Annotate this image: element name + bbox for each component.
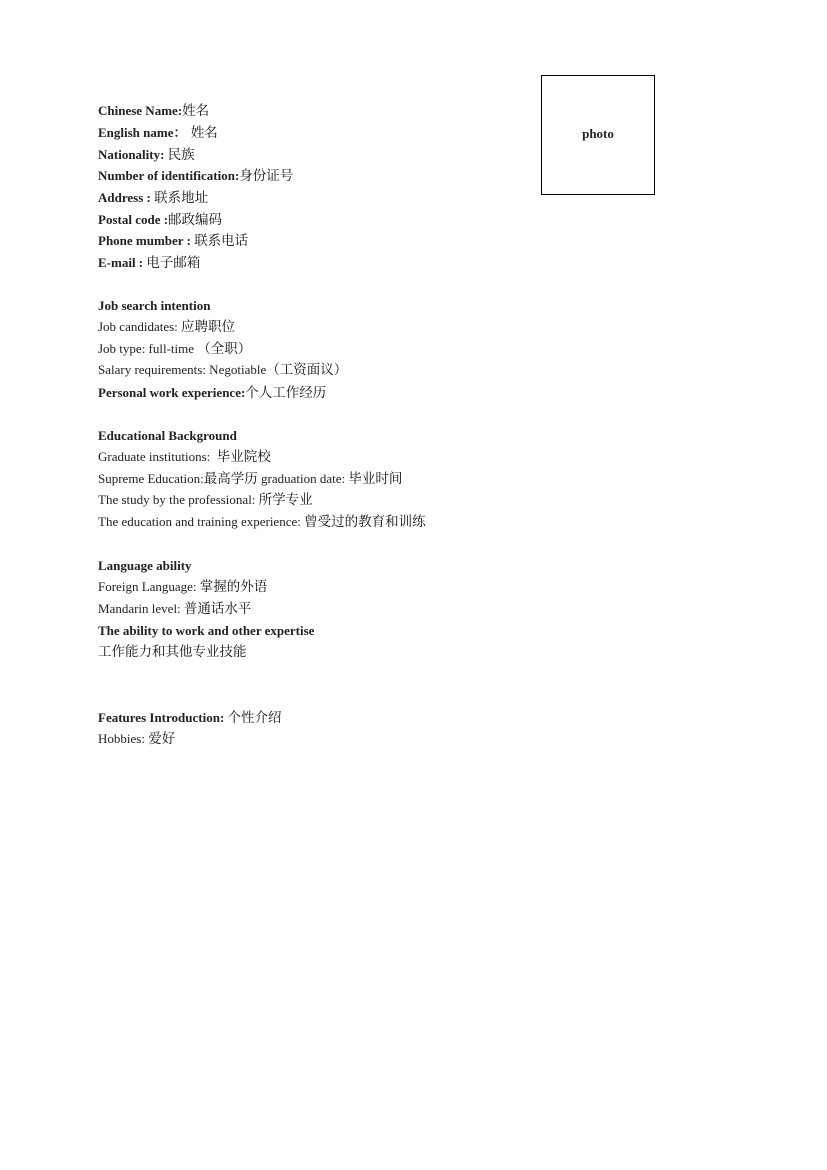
ability-heading-line: The ability to work and other expertise xyxy=(98,623,314,639)
chinese-name-value: 姓名 xyxy=(182,103,209,119)
resume-page: photo Chinese Name:姓名 English name： 姓名 N… xyxy=(0,0,827,1170)
job-type-line: Job type: full-time （全职） xyxy=(98,341,251,357)
hobbies-label: Hobbies: xyxy=(98,731,148,746)
job-heading-line: Job search intention xyxy=(98,298,210,314)
supreme-education-label: Supreme Education: xyxy=(98,471,204,486)
job-type-label: Job type: full-time xyxy=(98,341,197,356)
experience-label: Personal work experience: xyxy=(98,385,245,400)
features-value: 个性介绍 xyxy=(228,710,282,726)
phone-label: Phone mumber : xyxy=(98,233,194,248)
mandarin-line: Mandarin level: 普通话水平 xyxy=(98,601,251,617)
features-line: Features Introduction: 个性介绍 xyxy=(98,710,282,726)
english-name-label: English name： xyxy=(98,125,187,140)
nationality-line: Nationality: 民族 xyxy=(98,147,195,163)
job-candidates-line: Job candidates: 应聘职位 xyxy=(98,319,235,335)
job-candidates-value: 应聘职位 xyxy=(181,319,235,335)
id-number-label: Number of identification: xyxy=(98,168,239,183)
ability-line: 工作能力和其他专业技能 xyxy=(98,644,247,660)
graduation-date-value: 毕业时间 xyxy=(348,471,402,487)
mandarin-label: Mandarin level: xyxy=(98,601,184,616)
nationality-value: 民族 xyxy=(168,147,195,163)
training-value: 曾受过的教育和训练 xyxy=(304,514,426,530)
photo-label: photo xyxy=(582,126,614,142)
foreign-language-line: Foreign Language: 掌握的外语 xyxy=(98,579,267,595)
institutions-label: Graduate institutions: xyxy=(98,449,217,464)
experience-line: Personal work experience:个人工作经历 xyxy=(98,385,326,401)
hobbies-value: 爱好 xyxy=(148,731,175,747)
supreme-education-line: Supreme Education:最高学历 graduation date: … xyxy=(98,471,402,487)
education-heading-line: Educational Background xyxy=(98,428,237,444)
training-line: The education and training experience: 曾… xyxy=(98,514,426,530)
postal-code-value: 邮政编码 xyxy=(168,212,222,228)
supreme-education-value: 最高学历 xyxy=(204,471,258,487)
features-label: Features Introduction: xyxy=(98,710,228,725)
job-candidates-label: Job candidates: xyxy=(98,319,181,334)
address-label: Address : xyxy=(98,190,154,205)
address-line: Address : 联系地址 xyxy=(98,190,208,206)
postal-code-label: Postal code : xyxy=(98,212,168,227)
major-line: The study by the professional: 所学专业 xyxy=(98,492,313,508)
language-heading-line: Language ability xyxy=(98,558,192,574)
education-heading: Educational Background xyxy=(98,428,237,443)
major-label: The study by the professional: xyxy=(98,492,259,507)
major-value: 所学专业 xyxy=(259,492,313,508)
ability-value: 工作能力和其他专业技能 xyxy=(98,644,247,660)
foreign-language-label: Foreign Language: xyxy=(98,579,200,594)
address-value: 联系地址 xyxy=(154,190,208,206)
salary-value: （工资面议） xyxy=(266,362,347,378)
training-label: The education and training experience: xyxy=(98,514,304,529)
email-value: 电子邮箱 xyxy=(146,255,200,271)
email-line: E-mail : 电子邮箱 xyxy=(98,255,200,271)
ability-heading: The ability to work and other expertise xyxy=(98,623,314,638)
institutions-value: 毕业院校 xyxy=(217,449,271,465)
id-number-value: 身份证号 xyxy=(239,168,293,184)
job-type-value: （全职） xyxy=(197,341,251,357)
email-label: E-mail : xyxy=(98,255,146,270)
mandarin-value: 普通话水平 xyxy=(184,601,252,617)
salary-line: Salary requirements: Negotiable（工资面议） xyxy=(98,362,347,378)
nationality-label: Nationality: xyxy=(98,147,168,162)
photo-placeholder: photo xyxy=(541,75,655,195)
postal-code-line: Postal code :邮政编码 xyxy=(98,212,222,228)
experience-value: 个人工作经历 xyxy=(245,385,326,401)
job-heading: Job search intention xyxy=(98,298,210,313)
foreign-language-value: 掌握的外语 xyxy=(200,579,268,595)
institutions-line: Graduate institutions: 毕业院校 xyxy=(98,449,271,465)
chinese-name-line: Chinese Name:姓名 xyxy=(98,103,209,119)
language-heading: Language ability xyxy=(98,558,192,573)
graduation-date-label: graduation date: xyxy=(258,471,349,486)
chinese-name-label: Chinese Name: xyxy=(98,103,182,118)
phone-value: 联系电话 xyxy=(194,233,248,249)
salary-label: Salary requirements: Negotiable xyxy=(98,362,266,377)
hobbies-line: Hobbies: 爱好 xyxy=(98,731,175,747)
phone-line: Phone mumber : 联系电话 xyxy=(98,233,248,249)
english-name-value: 姓名 xyxy=(187,125,218,141)
english-name-line: English name： 姓名 xyxy=(98,125,218,141)
id-number-line: Number of identification:身份证号 xyxy=(98,168,293,184)
